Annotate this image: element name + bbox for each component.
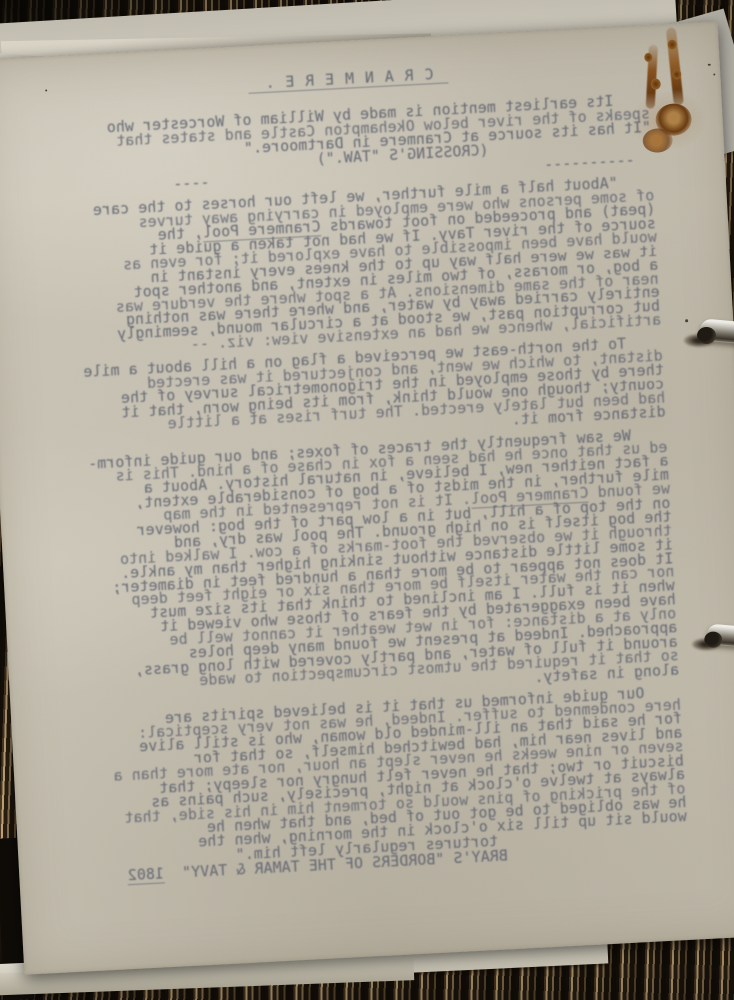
body-paragraph-3: We saw frequently the traces of foxes; a… <box>68 427 680 708</box>
ring-hole <box>704 632 722 648</box>
typed-content: CRANMERE. Its earliest mention is made b… <box>48 51 689 886</box>
body-paragraph-1: "About half a mile further, we left our … <box>54 175 661 359</box>
page-title: CRANMERE. <box>248 67 448 93</box>
dust-speck <box>713 73 715 75</box>
binder-ring-bottom <box>692 619 734 664</box>
dust-speck <box>45 89 47 91</box>
binder-ring-top <box>684 314 734 362</box>
citation-year: 1802 <box>127 866 164 886</box>
ring-hole <box>697 327 716 344</box>
photo-scene: CRANMERE. Its earliest mention is made b… <box>0 0 734 1000</box>
body-paragraph-4: Our guide informed us that it is believe… <box>81 685 687 855</box>
stain-bead <box>650 78 661 90</box>
document-page: CRANMERE. Its earliest mention is made b… <box>0 21 734 975</box>
